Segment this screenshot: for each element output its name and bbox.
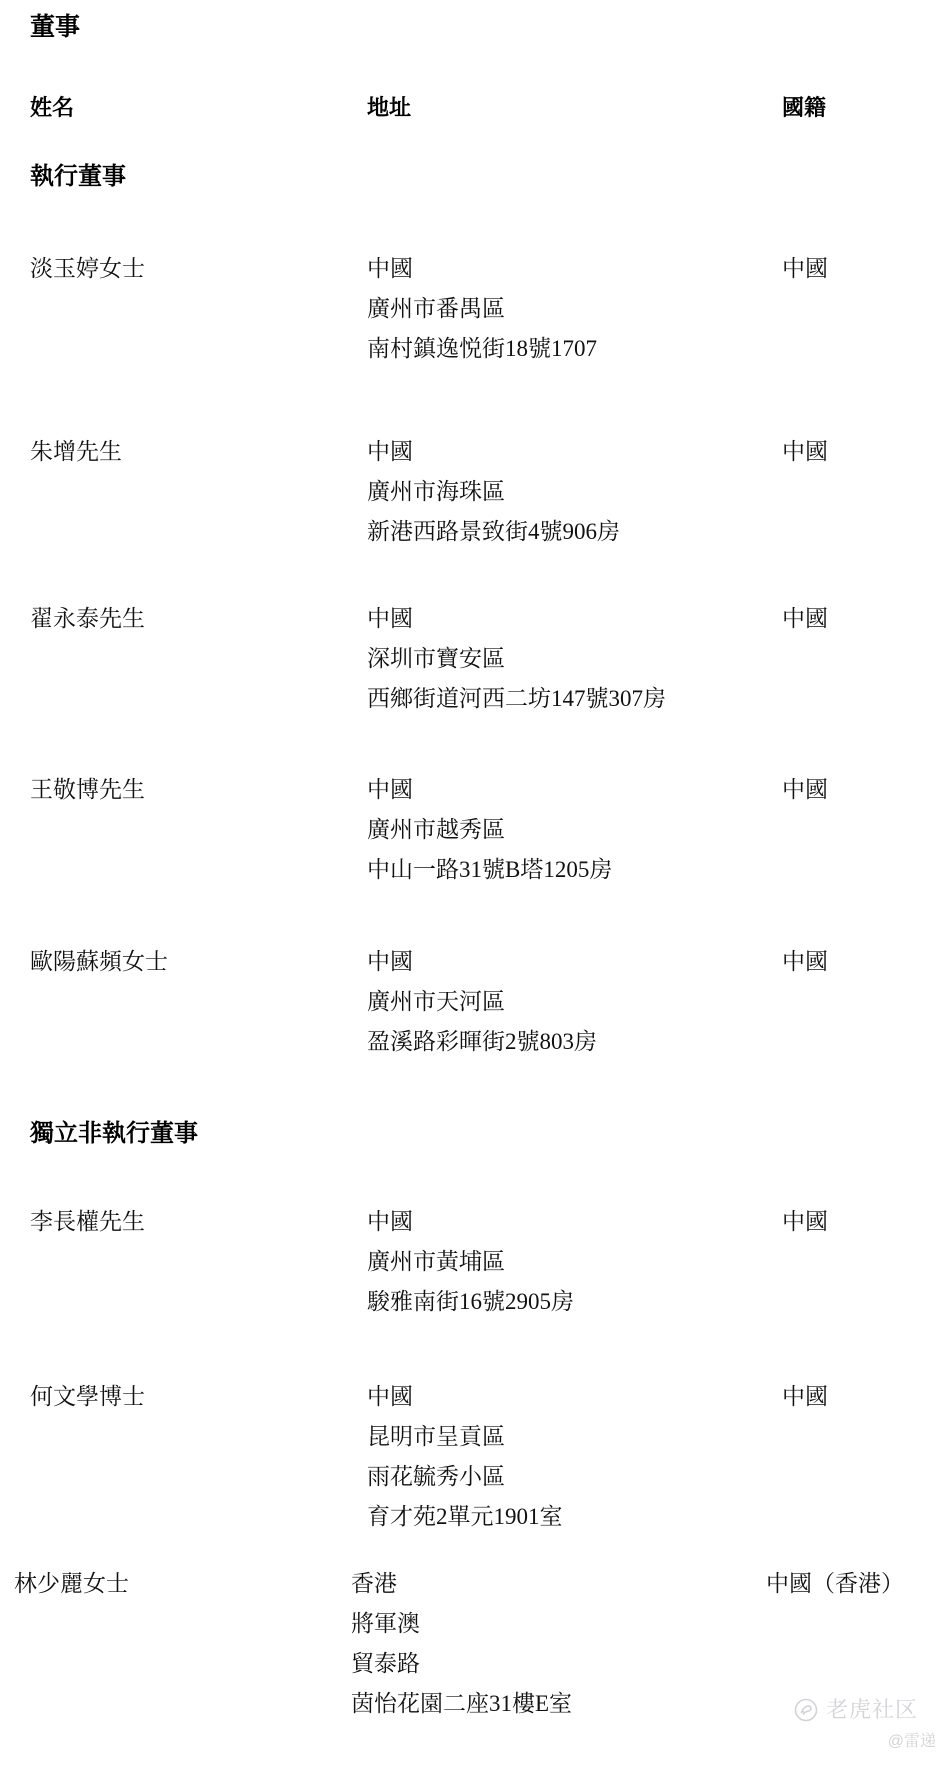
director-nationality: 中國 — [782, 1377, 942, 1417]
director-name: 歐陽蘇頻女士 — [30, 942, 360, 982]
address-line: 貿泰路 — [351, 1644, 759, 1684]
address-line: 新港西路景致街4號906房 — [367, 512, 775, 552]
director-nationality: 中國 — [782, 1202, 942, 1242]
document-page: 董事 姓名 地址 國籍 執行董事 淡玉婷女士 中國 廣州市番禺區 南村鎮逸悦街1… — [0, 0, 945, 1766]
address-line: 中國 — [367, 1202, 775, 1242]
director-name: 林少麗女士 — [14, 1564, 344, 1604]
address-line: 西鄉街道河西二坊147號307房 — [367, 679, 775, 719]
address-line: 雨花毓秀小區 — [367, 1457, 775, 1497]
section-heading-executive-directors: 執行董事 — [30, 165, 126, 189]
tiger-icon — [794, 1698, 818, 1722]
director-nationality: 中國（香港） — [766, 1564, 926, 1604]
address-line: 深圳市寶安區 — [367, 639, 775, 679]
director-nationality: 中國 — [782, 599, 942, 639]
director-address: 中國 廣州市越秀區 中山一路31號B塔1205房 — [367, 770, 775, 890]
column-header-nationality: 國籍 — [782, 97, 826, 119]
address-line: 中國 — [367, 1377, 775, 1417]
address-line: 香港 — [351, 1564, 759, 1604]
director-nationality: 中國 — [782, 432, 942, 472]
address-line: 廣州市海珠區 — [367, 472, 775, 512]
watermark: 老虎社区 @雷递 — [794, 1698, 936, 1750]
director-name: 何文學博士 — [30, 1377, 360, 1417]
address-line: 中山一路31號B塔1205房 — [367, 850, 775, 890]
address-line: 育才苑2單元1901室 — [367, 1497, 775, 1537]
director-name: 李長權先生 — [30, 1202, 360, 1242]
director-address: 中國 廣州市番禺區 南村鎮逸悦街18號1707 — [367, 249, 775, 369]
page-title: 董事 — [30, 15, 80, 40]
director-nationality: 中國 — [782, 770, 942, 810]
address-line: 中國 — [367, 942, 775, 982]
director-address: 香港 將軍澳 貿泰路 茵怡花園二座31樓E室 — [351, 1564, 759, 1724]
director-name: 王敬博先生 — [30, 770, 360, 810]
column-header-address: 地址 — [367, 97, 411, 119]
column-header-name: 姓名 — [30, 97, 74, 119]
address-line: 駿雅南街16號2905房 — [367, 1282, 775, 1322]
director-address: 中國 深圳市寶安區 西鄉街道河西二坊147號307房 — [367, 599, 775, 719]
watermark-brand: 老虎社区 — [826, 1699, 918, 1721]
address-line: 中國 — [367, 599, 775, 639]
director-name: 翟永泰先生 — [30, 599, 360, 639]
table-header-row: 姓名 地址 國籍 — [30, 97, 930, 121]
section-heading-independent-non-executive-directors: 獨立非執行董事 — [30, 1122, 198, 1146]
director-address: 中國 昆明市呈貢區 雨花毓秀小區 育才苑2單元1901室 — [367, 1377, 775, 1537]
address-line: 廣州市黃埔區 — [367, 1242, 775, 1282]
address-line: 中國 — [367, 249, 775, 289]
watermark-handle: @雷递 — [794, 1734, 936, 1750]
address-line: 廣州市番禺區 — [367, 289, 775, 329]
director-name: 淡玉婷女士 — [30, 249, 360, 289]
address-line: 南村鎮逸悦街18號1707 — [367, 329, 775, 369]
address-line: 廣州市越秀區 — [367, 810, 775, 850]
director-nationality: 中國 — [782, 942, 942, 982]
director-address: 中國 廣州市黃埔區 駿雅南街16號2905房 — [367, 1202, 775, 1322]
address-line: 中國 — [367, 770, 775, 810]
director-address: 中國 廣州市天河區 盈溪路彩暉街2號803房 — [367, 942, 775, 1062]
address-line: 廣州市天河區 — [367, 982, 775, 1022]
address-line: 盈溪路彩暉街2號803房 — [367, 1022, 775, 1062]
address-line: 將軍澳 — [351, 1604, 759, 1644]
director-nationality: 中國 — [782, 249, 942, 289]
director-address: 中國 廣州市海珠區 新港西路景致街4號906房 — [367, 432, 775, 552]
address-line: 昆明市呈貢區 — [367, 1417, 775, 1457]
address-line: 茵怡花園二座31樓E室 — [351, 1684, 759, 1724]
director-name: 朱增先生 — [30, 432, 360, 472]
address-line: 中國 — [367, 432, 775, 472]
